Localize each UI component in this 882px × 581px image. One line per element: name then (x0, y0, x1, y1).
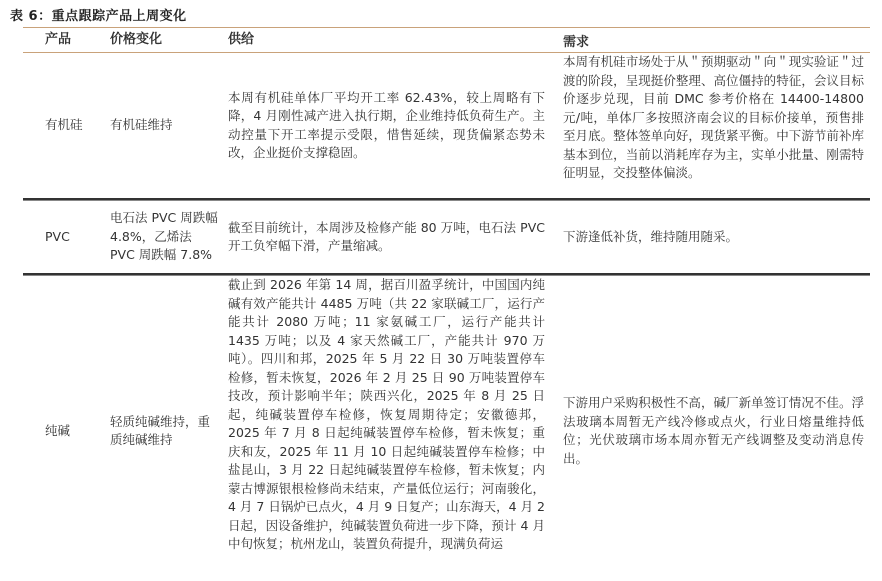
cell-supply: 截止到 2026 年第 14 周，据百川盈孚统计，中国国内纯碱有效产能共计 44… (218, 276, 553, 554)
cell-supply: 本周有机硅单体厂平均开工率 62.43%，较上周略有下降，4 月刚性减产进入执行… (218, 89, 553, 163)
table-row: PVC 电石法 PVC 周跌幅 4.8%，乙烯法 PVC 周跌幅 7.8% 截至… (23, 201, 870, 273)
header-product: 产品 (23, 31, 90, 50)
cell-price-change: 电石法 PVC 周跌幅 4.8%，乙烯法 PVC 周跌幅 7.8% (90, 209, 218, 265)
cell-supply: 截至目前统计，本周涉及检修产能 80 万吨，电石法 PVC 开工负窄幅下滑，产量… (218, 219, 553, 256)
header-demand: 需求 (553, 34, 870, 53)
cell-demand: 下游用户采购积极性不高，碱厂新单签订情况不佳。浮法玻璃本周暂无产线冷修或点火，行… (553, 394, 870, 468)
key-products-table: 产品 价格变化 供给 需求 有机硅 有机硅维持 本周有机硅单体厂平均开工率 62… (23, 27, 870, 581)
cell-product: PVC (23, 228, 90, 247)
table-caption: 表 6：重点跟踪产品上周变化 (10, 5, 187, 24)
table-row: 有机硅 有机硅维持 本周有机硅单体厂平均开工率 62.43%，较上周略有下降，4… (23, 53, 870, 198)
cell-product: 有机硅 (23, 116, 90, 135)
header-price-change: 价格变化 (90, 31, 218, 50)
cell-price-change: 有机硅维持 (90, 116, 218, 135)
cell-demand: 下游逢低补货，维持随用随采。 (553, 228, 870, 247)
cell-demand: 本周有机硅市场处于从＂预期驱动＂向＂现实验证＂过渡的阶段，呈现挺价整理、高位僵持… (553, 53, 870, 183)
cell-price-change: 轻质纯碱维持，重质纯碱维持 (90, 413, 218, 450)
table-row: 纯碱 轻质纯碱维持，重质纯碱维持 截止到 2026 年第 14 周，据百川盈孚统… (23, 276, 870, 581)
table-header-row: 产品 价格变化 供给 需求 (23, 28, 870, 52)
header-supply: 供给 (218, 31, 553, 50)
cell-product: 纯碱 (23, 422, 90, 441)
